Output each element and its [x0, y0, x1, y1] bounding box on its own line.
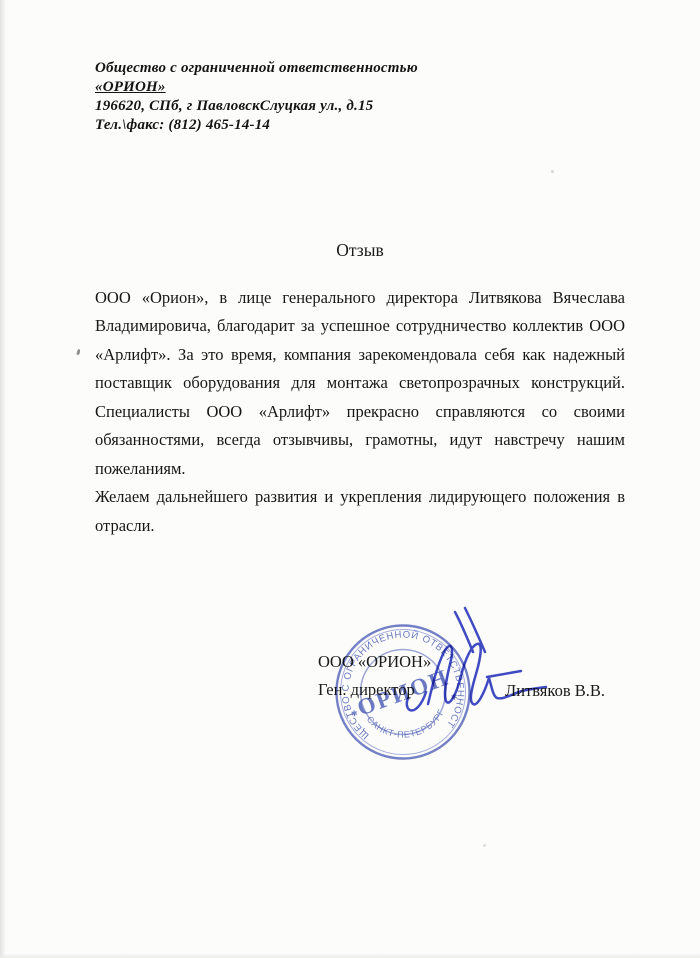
letterhead-address: 196620, СПб, г ПавловскСлуцкая ул., д.15	[95, 97, 418, 116]
body-text-line: «Арлифт». За это время, компания зареком…	[95, 341, 625, 369]
body-text-line: Владимировича, благодарит за успешное со…	[95, 312, 625, 340]
body-text-line: обязанностями, всегда отзывчивы, грамотн…	[95, 426, 625, 454]
body-text-line: Желаем дальнейшего развития и укрепления…	[95, 483, 625, 511]
stamp-star-left-icon: ✱	[351, 709, 359, 719]
document-body: ООО «Орион», в лице генерального директо…	[95, 284, 625, 540]
letterhead: Общество с ограниченной ответственностью…	[95, 59, 418, 135]
body-text-line: пожеланиям.	[95, 455, 625, 483]
letterhead-phone: Тел.\факс: (812) 465-14-14	[95, 116, 418, 135]
scan-speck	[76, 349, 80, 355]
body-text-line: ООО «Орион», в лице генерального директо…	[95, 284, 625, 312]
body-text-line: Специалисты ООО «Арлифт» прекрасно справ…	[95, 398, 625, 426]
document-title: Отзыв	[95, 240, 625, 261]
letterhead-company-name: «ОРИОН»	[95, 78, 418, 97]
signature-stroke	[487, 671, 521, 677]
scan-edge-shadow-left	[0, 0, 6, 958]
body-text-line: поставщик оборудования для монтажа свето…	[95, 369, 625, 397]
body-text-line: отрасли.	[95, 512, 625, 540]
signature-stroke	[489, 678, 546, 698]
scan-edge-shadow-bottom	[0, 953, 700, 958]
scan-speck	[483, 844, 486, 847]
letterhead-org-type: Общество с ограниченной ответственностью	[95, 59, 418, 78]
scanned-letter-page: Общество с ограниченной ответственностью…	[0, 0, 700, 958]
handwritten-signature	[383, 586, 563, 726]
signature-stroke	[428, 644, 489, 705]
scan-speck	[551, 170, 554, 173]
signature-stroke	[407, 692, 426, 710]
